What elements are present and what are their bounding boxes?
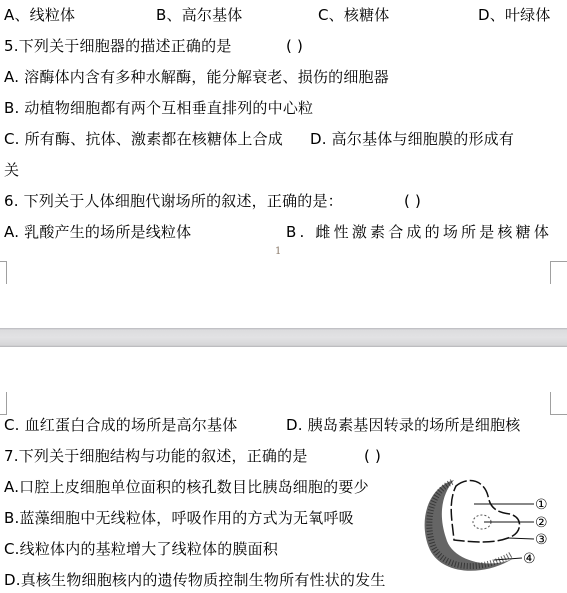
q6-option-c: C. 血红蛋白合成的场所是高尔基体	[4, 416, 237, 434]
q5-answer-blank: ( )	[286, 35, 303, 57]
q6-option-b: B. 雌性激素合成的场所是核糖体	[286, 221, 552, 243]
q7-answer-blank: ( )	[364, 445, 381, 467]
q5-options-cd-row: C. 所有酶、抗体、激素都在核糖体上合成 D. 高尔基体与细胞膜的形成有	[4, 128, 564, 150]
q7-stem-row: 7.下列关于细胞结构与功能的叙述，正确的是 ( )	[4, 445, 564, 467]
page-separator	[0, 328, 567, 347]
q6-answer-blank: ( )	[404, 190, 421, 212]
q5-option-d: D. 高尔基体与细胞膜的形成有	[310, 128, 514, 150]
margin-corner-mark-bottom-left	[0, 261, 7, 284]
q5-option-b: B. 动植物细胞都有两个互相垂直排列的中心粒	[4, 97, 313, 119]
q5-option-a: A. 溶酶体内含有多种水解酶，能分解衰老、损伤的细胞器	[4, 66, 389, 88]
q4-option-d: D、叶绿体	[478, 4, 551, 26]
margin-corner-mark-bottom-right	[550, 261, 567, 284]
q6-options-cd-row: C. 血红蛋白合成的场所是高尔基体 D. 胰岛素基因转录的场所是细胞核	[4, 414, 564, 436]
q4-option-c: C、核糖体	[318, 4, 389, 26]
diagram-label-2: ②	[535, 515, 548, 531]
q7-option-a: A.口腔上皮细胞单位面积的核孔数目比胰岛细胞的要少	[4, 476, 369, 498]
diagram-label-4: ④	[523, 551, 536, 567]
diagram-label-1: ①	[535, 497, 548, 513]
q5-stem: 5.下列关于细胞器的描述正确的是	[4, 37, 232, 55]
margin-corner-mark-top-right	[550, 392, 567, 415]
q4-option-a: A、线粒体	[4, 4, 75, 26]
q6-stem: 6. 下列关于人体细胞代谢场所的叙述，正确的是：	[4, 192, 343, 210]
diagram-label-3: ③	[535, 532, 548, 548]
q4-option-b: B、高尔基体	[156, 4, 243, 26]
q7-option-b: B.蓝藻细胞中无线粒体，呼吸作用的方式为无氧呼吸	[4, 507, 354, 529]
page-number: 1	[275, 246, 281, 257]
q6-option-d: D. 胰岛素基因转录的场所是细胞核	[286, 414, 521, 436]
margin-corner-mark-top-left	[0, 392, 7, 415]
q6-options-ab-row: A. 乳酸产生的场所是线粒体 B. 雌性激素合成的场所是核糖体	[4, 221, 564, 243]
q5-option-d-continued: 关	[4, 159, 19, 181]
q4-options-row: A、线粒体 B、高尔基体 C、核糖体 D、叶绿体	[4, 4, 564, 26]
q5-option-c: C. 所有酶、抗体、激素都在核糖体上合成	[4, 130, 283, 148]
q6-stem-row: 6. 下列关于人体细胞代谢场所的叙述，正确的是： ( )	[4, 190, 564, 212]
q6-option-a: A. 乳酸产生的场所是线粒体	[4, 223, 191, 241]
q7-stem: 7.下列关于细胞结构与功能的叙述，正确的是	[4, 447, 308, 465]
q5-stem-row: 5.下列关于细胞器的描述正确的是 ( )	[4, 35, 564, 57]
q7-option-d: D.真核生物细胞核内的遗传物质控制生物所有性状的发生	[4, 569, 386, 591]
cell-diagram-figure: ① ② ③ ④	[412, 474, 562, 586]
cell-diagram-icon: ① ② ③ ④	[412, 474, 562, 586]
q7-option-c: C.线粒体内的基粒增大了线粒体的膜面积	[4, 538, 278, 560]
